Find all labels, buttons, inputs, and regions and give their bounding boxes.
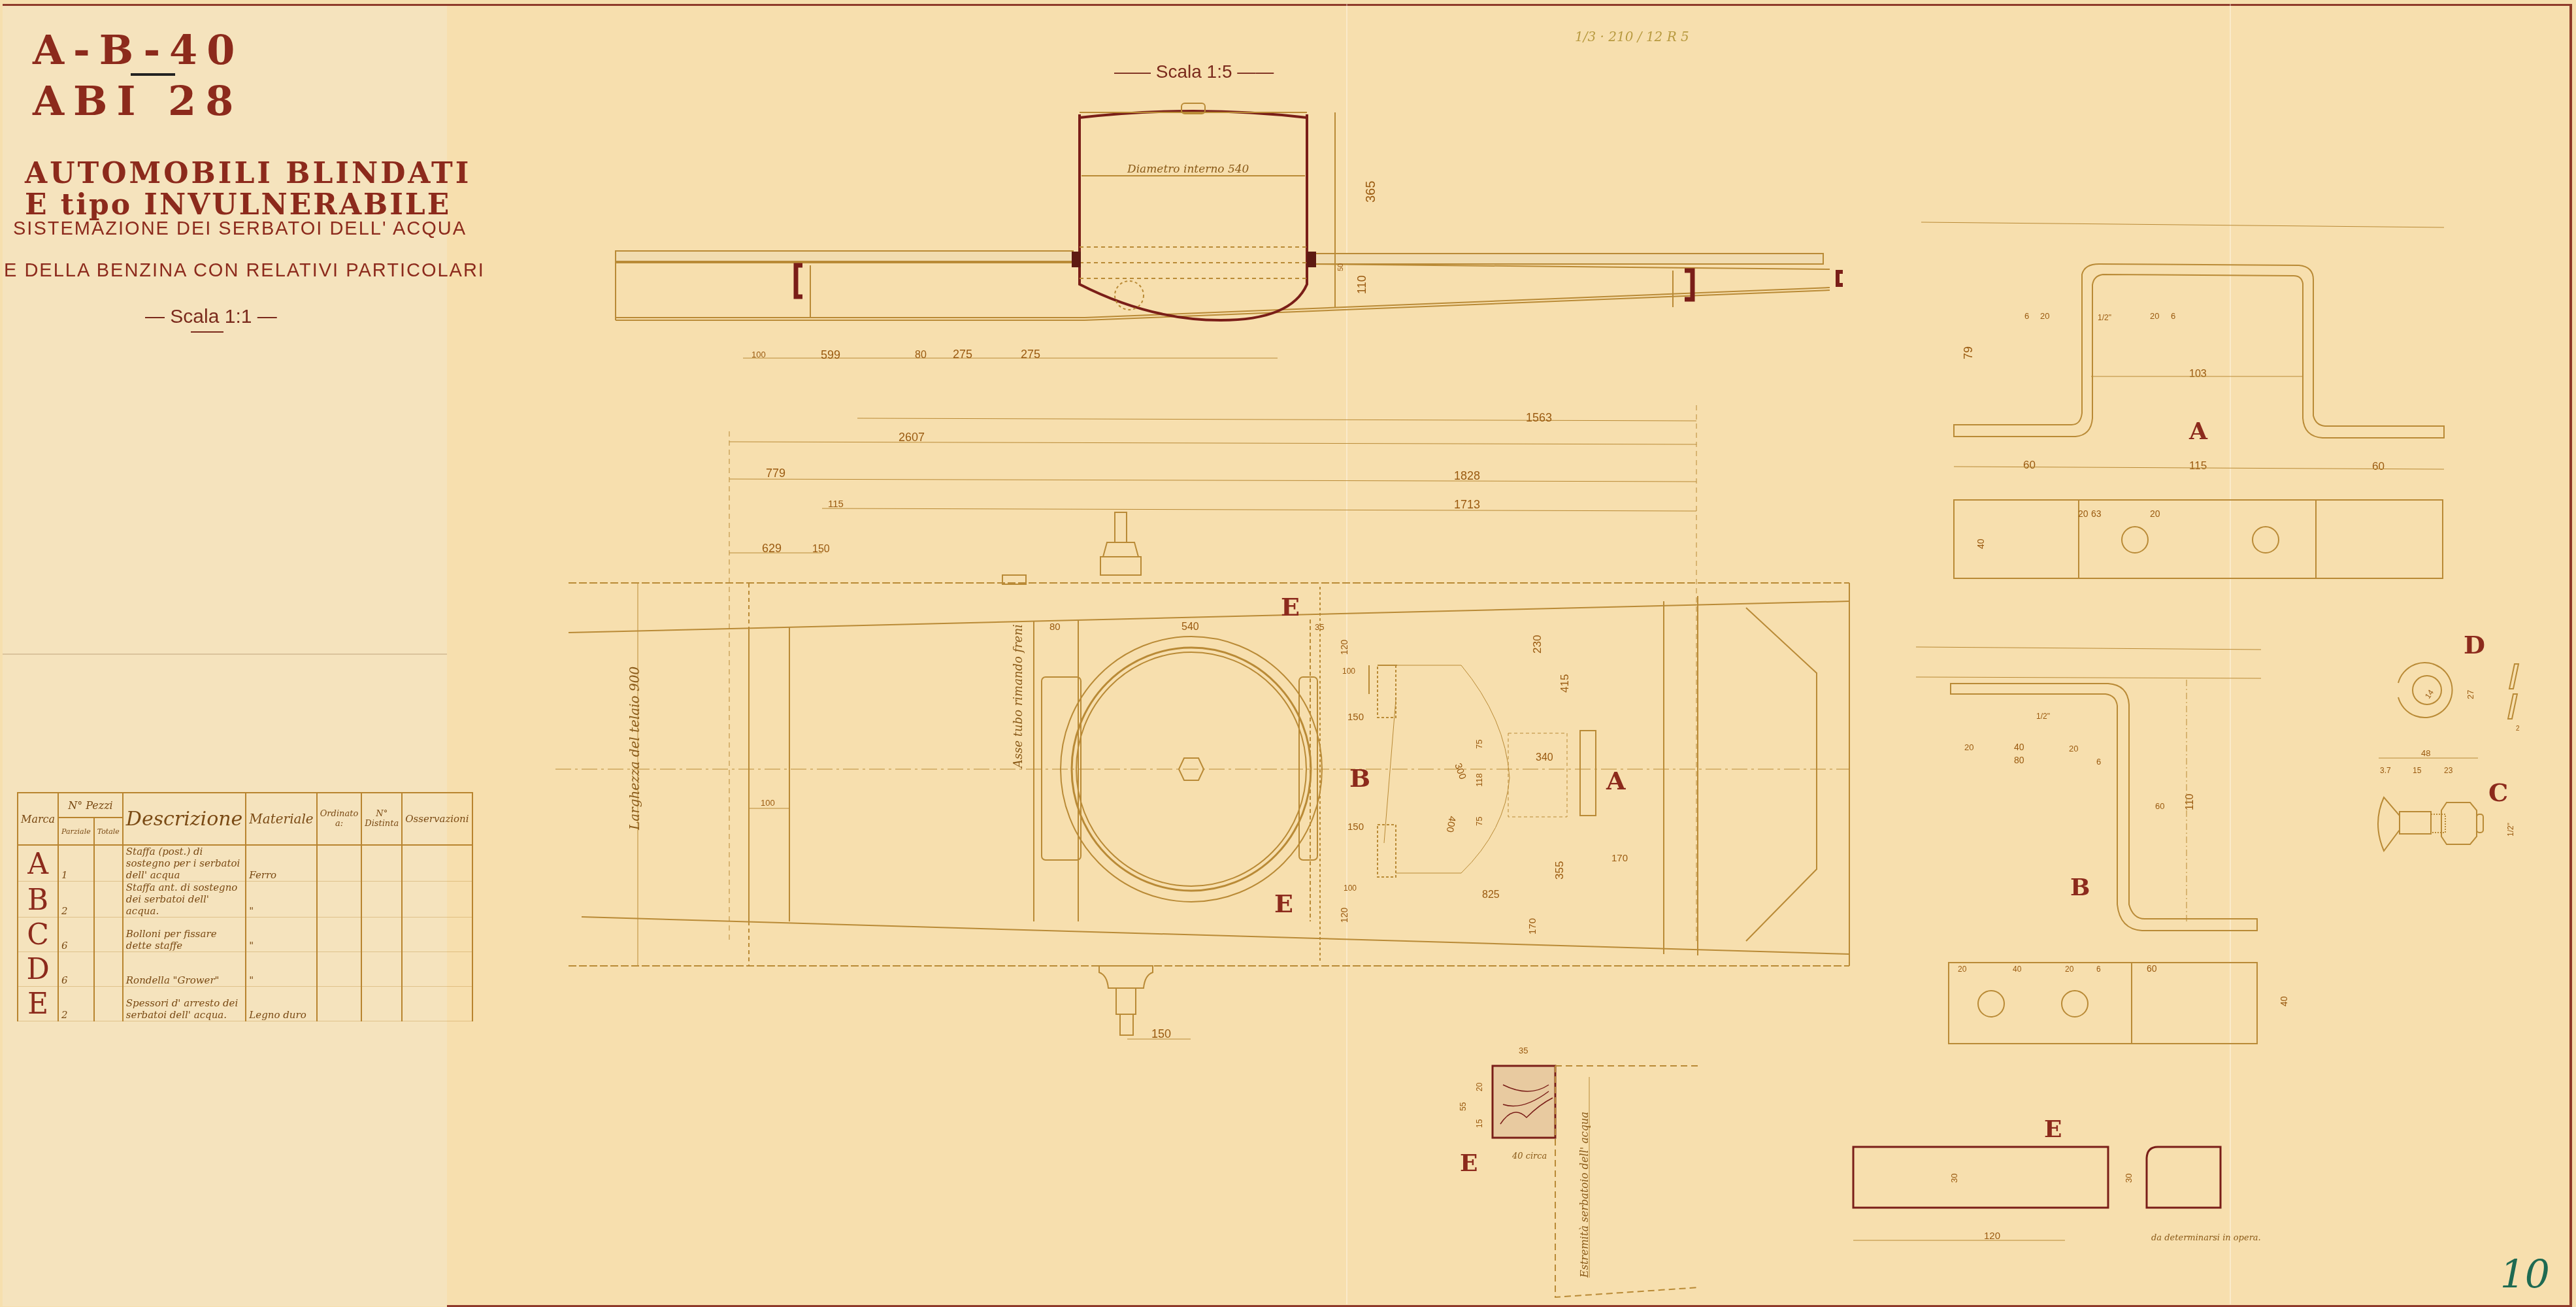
a-dim-115: 115 [2189, 459, 2207, 472]
a-dim-103: 103 [2189, 369, 2207, 380]
b-plate-40h: 40 [2279, 996, 2289, 1006]
shaft-dim-150: 150 [1151, 1027, 1171, 1040]
dim-1713: 1713 [1454, 498, 1480, 511]
bracket-dim-100b: 100 [1344, 884, 1357, 893]
page-number: 10 [2500, 1252, 2550, 1298]
vdim-355: 355 [1553, 861, 1566, 880]
dim-150: 150 [812, 544, 830, 555]
a-dim-6l: 6 [2024, 311, 2029, 321]
a-dim-79: 79 [1962, 346, 1975, 359]
detail-d-label: D [2464, 630, 2485, 659]
dim-629: 629 [762, 542, 782, 555]
arc-75b: 75 [1474, 817, 1484, 826]
dim-80: 80 [915, 350, 927, 361]
side-view: Diametro interno 540 365 110 50 100 599 … [616, 103, 1843, 361]
dim-275a: 275 [953, 348, 972, 361]
e-block-30a: 30 [1949, 1174, 1959, 1183]
height-dim-365: 365 [1364, 181, 1378, 203]
pencil-note: 1/3 · 210 / 12 R 5 [1575, 29, 1689, 44]
a-dim-20l: 20 [2040, 311, 2049, 321]
b-dim-60: 60 [2155, 801, 2164, 811]
a-dim-20b: 20 [2150, 508, 2160, 519]
plan-view: 100 Larghezza del telaio 900 Asse tubo r… [555, 512, 1849, 1040]
dim-275b: 275 [1021, 348, 1040, 361]
e-dim-40-circa: 40 circa [1511, 1151, 1547, 1161]
dim-779: 779 [766, 467, 785, 480]
b-plate-20a: 20 [1958, 965, 1967, 974]
detail-b-label: B [2070, 874, 2090, 901]
b-dim-20a: 20 [1964, 742, 1973, 752]
frame-width-label: Larghezza del telaio 900 [627, 667, 642, 831]
detail-c: C 48 3.7 15 23 1/2" [2378, 748, 2515, 851]
technical-drawing: Diametro interno 540 365 110 50 100 599 … [0, 0, 2576, 1307]
detail-c-label: C [2488, 778, 2508, 807]
dim-115: 115 [828, 499, 844, 510]
e-dim-20: 20 [1475, 1082, 1484, 1091]
detail-e-block: E 120 30 30 da determinarsi in opera. [1853, 1116, 2261, 1243]
b-plate-60: 60 [2147, 963, 2157, 974]
detail-e-section: Estremità serbatoio dell' acqua E 35 55 … [1459, 1046, 1699, 1297]
marker-b: B [1349, 763, 1370, 793]
arc-75a: 75 [1474, 740, 1484, 749]
a-dim-63: 63 [2091, 508, 2102, 519]
a-dim-6r: 6 [2171, 311, 2175, 321]
marker-e-top: E [1281, 592, 1300, 621]
arc-118: 118 [1474, 773, 1484, 787]
vdim-415: 415 [1559, 674, 1571, 693]
dim-1828: 1828 [1454, 469, 1480, 482]
detail-e-section-label: E [1460, 1150, 1478, 1177]
e-block-note: da determinarsi in opera. [2151, 1233, 2261, 1243]
b-dim-40: 40 [2014, 742, 2024, 752]
vdim-230: 230 [1531, 635, 1544, 653]
b-plate-6: 6 [2096, 965, 2101, 974]
c-dim-37: 3.7 [2380, 766, 2391, 775]
detail-a: A 79 60 115 60 103 6 20 20 6 20 63 20 40… [1921, 222, 2444, 578]
drawing-sheet: A-B-40 ABI 28 AUTOMOBILI BLINDATI E tipo… [0, 0, 2576, 1307]
tank-dim-80: 80 [1049, 621, 1061, 633]
c-dim-23: 23 [2444, 766, 2453, 775]
bracket-dim-150b: 150 [1347, 821, 1364, 833]
d-dim-14: 14 [2423, 687, 2436, 700]
b-dim-80: 80 [2014, 755, 2024, 765]
height-dim-50: 50 [1337, 263, 1345, 271]
a-dim-40: 40 [1975, 538, 1986, 549]
arc-r400: 400 [1444, 815, 1458, 833]
e-section-note: Estremità serbatoio dell' acqua [1578, 1112, 1591, 1278]
e-block-30b: 30 [2124, 1174, 2134, 1183]
b-bolt-size: 1/2" [2036, 712, 2050, 721]
d-dim-2: 2 [2516, 725, 2520, 733]
detail-d: D 14 27 2 [2398, 630, 2520, 733]
dim-2607: 2607 [899, 431, 925, 444]
b-dim-20b: 20 [2069, 744, 2078, 753]
brake-axis-label: Asse tubo rimando freni [1012, 624, 1025, 769]
c-dim-15: 15 [2413, 766, 2422, 775]
bracket-dim-100a: 100 [1342, 667, 1355, 676]
c-dim-dia: 1/2" [2506, 823, 2515, 836]
overall-dimensions: 1563 2607 779 1828 115 1713 629 150 [729, 405, 1696, 941]
tank-dim-540: 540 [1181, 621, 1199, 633]
dim-1563: 1563 [1526, 411, 1552, 424]
b-plate-20b: 20 [2065, 965, 2074, 974]
c-dim-48: 48 [2421, 748, 2430, 758]
bracket-dim-120b: 120 [1339, 907, 1349, 923]
a-bolt-size: 1/2" [2098, 313, 2111, 322]
marker-e-bottom: E [1274, 889, 1293, 918]
detail-a-label: A [2188, 418, 2208, 445]
a-dim-20a: 20 [2078, 508, 2089, 519]
height-dim-110: 110 [1355, 275, 1368, 294]
side-view-scale-label: —— Scala 1:5 —— [1114, 61, 1274, 82]
e-dim-55: 55 [1459, 1102, 1468, 1111]
tank-diameter-label: Diametro interno 540 [1127, 163, 1249, 176]
e-dim-35: 35 [1519, 1046, 1528, 1055]
marker-a: A [1606, 766, 1626, 795]
a-dim-20r: 20 [2150, 311, 2159, 321]
bracket-dim-120a: 120 [1339, 639, 1349, 655]
e-dim-15: 15 [1475, 1119, 1484, 1128]
hdim-170: 170 [1611, 853, 1628, 864]
e-block-120: 120 [1984, 1231, 2000, 1242]
detail-e-block-label: E [2044, 1116, 2062, 1143]
a-dim-60-left: 60 [2023, 459, 2036, 471]
a-dim-60-right: 60 [2372, 460, 2385, 472]
bracket-dim-150a: 150 [1347, 712, 1364, 723]
side-view-scale-text: Scala 1:5 [1156, 61, 1232, 82]
arc-825: 825 [1482, 889, 1500, 901]
dim-599: 599 [821, 348, 840, 361]
dim-100: 100 [751, 350, 766, 359]
detail-b: B 20 40 20 80 6 110 60 20 40 20 6 60 40 … [1916, 647, 2289, 1044]
vdim-170: 170 [1527, 918, 1538, 935]
d-dim-27: 27 [2466, 690, 2475, 699]
arc-r300: 300 [1452, 762, 1468, 781]
arc-340: 340 [1536, 752, 1553, 763]
b-plate-40: 40 [2013, 965, 2022, 974]
crossmember-dim: 100 [761, 798, 775, 808]
b-dim-6: 6 [2096, 757, 2101, 767]
